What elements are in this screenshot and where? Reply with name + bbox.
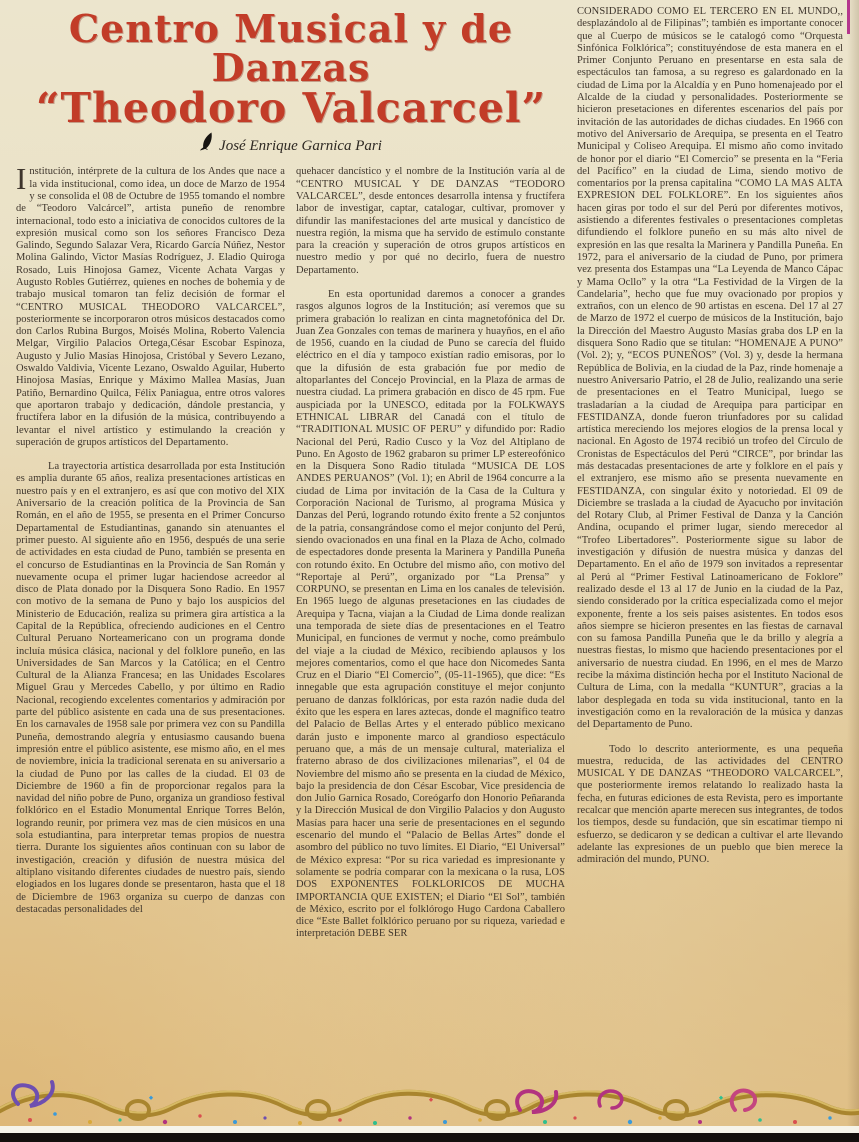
ribbon-streamer-decoration	[0, 1076, 859, 1128]
article-content: Centro Musical y de Danzas “Theodoro Val…	[16, 4, 843, 1078]
two-column-text: Institución, intérprete de la cultura de…	[16, 166, 566, 952]
scan-edge-white	[0, 1126, 859, 1133]
magazine-page-scan: Centro Musical y de Danzas “Theodoro Val…	[0, 0, 859, 1142]
article-paragraph: Todo lo descrito anteriormente, es una p…	[577, 744, 843, 867]
page-title-line1: Centro Musical y de Danzas	[16, 10, 566, 88]
column-2: quehacer dancístico y el nombre de la In…	[296, 166, 565, 952]
drop-cap: I	[16, 166, 29, 191]
article-paragraph: Institución, intérprete de la cultura de…	[16, 166, 285, 449]
page-title-line2: “Theodoro Valcarcel”	[16, 88, 566, 130]
byline-author: José Enrique Garnica Pari	[219, 138, 382, 155]
paragraph-text: nstitución, intérprete de la cultura de …	[16, 166, 285, 448]
article-paragraph: CONSIDERADO COMO EL TERCERO EN EL MUNDO,…	[577, 6, 843, 732]
masthead: Centro Musical y de Danzas “Theodoro Val…	[16, 10, 566, 158]
article-left-block: Centro Musical y de Danzas “Theodoro Val…	[16, 4, 566, 953]
scan-edge-black	[0, 1133, 859, 1142]
column-1: Institución, intérprete de la cultura de…	[16, 166, 285, 952]
page-edge-shadow	[847, 0, 859, 1126]
article-paragraph: En esta oportunidad daremos a conocer a …	[296, 289, 565, 941]
column-3: CONSIDERADO COMO EL TERCERO EN EL MUNDO,…	[577, 4, 843, 878]
quill-pen-icon	[200, 132, 215, 156]
byline: José Enrique Garnica Pari	[16, 134, 566, 158]
article-paragraph: La trayectoria artística desarrollada po…	[16, 461, 285, 916]
page-curl-stripe	[847, 0, 850, 34]
article-paragraph: quehacer dancístico y el nombre de la In…	[296, 166, 565, 277]
